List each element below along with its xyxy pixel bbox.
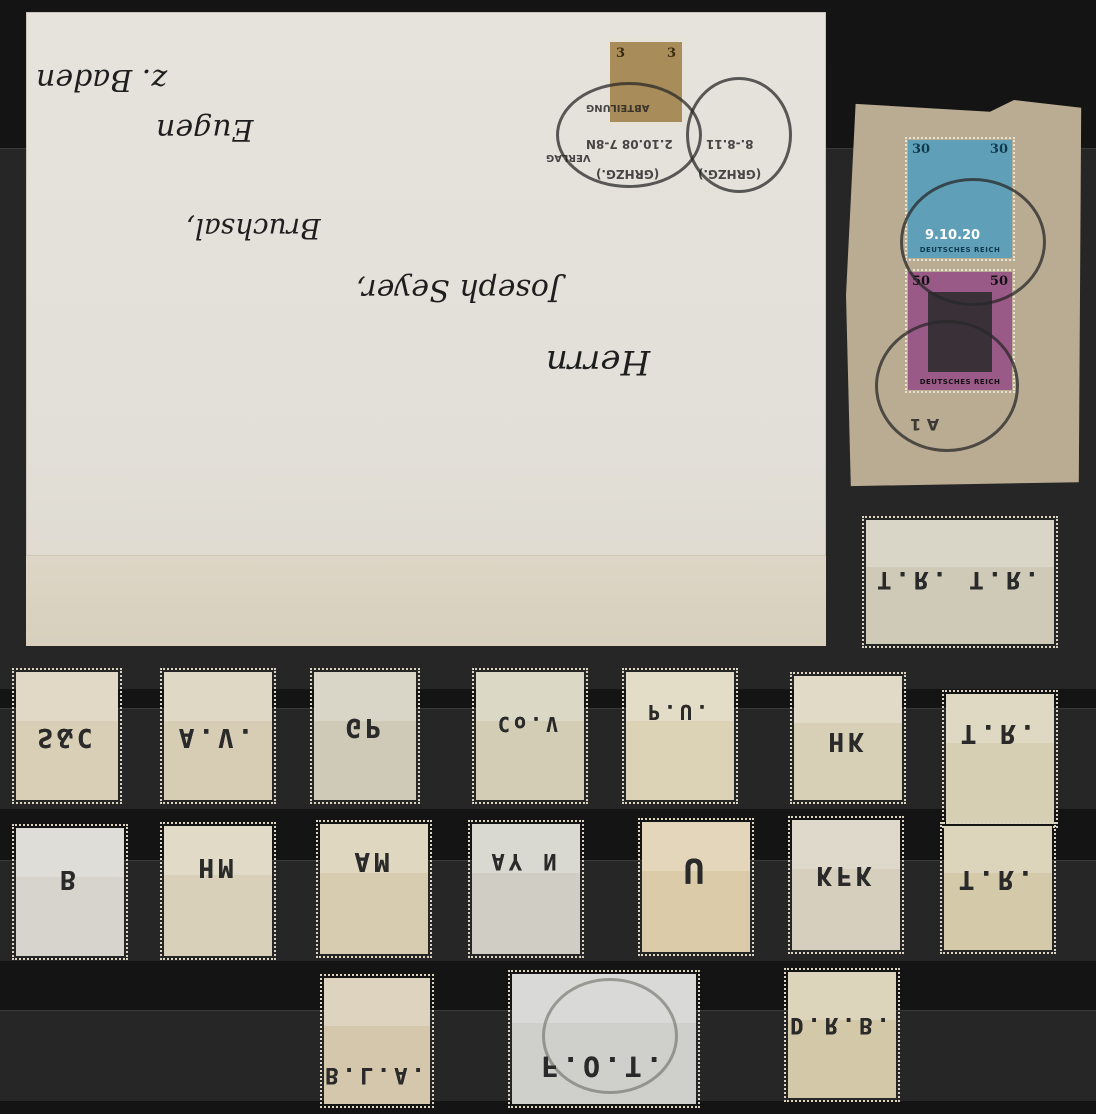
perfin-code: P.U. bbox=[626, 700, 734, 724]
perfin-stamp: T.R. bbox=[944, 826, 1052, 950]
postmark bbox=[875, 320, 1019, 452]
perfin-code: B.L.A. bbox=[324, 1062, 430, 1087]
address-line-1: Joseph Seyer, bbox=[356, 272, 561, 307]
perfin-code: AM bbox=[320, 846, 428, 876]
perfin-code: D.R.B. bbox=[788, 1012, 896, 1037]
postmark-date: 9.10.20 bbox=[925, 228, 980, 243]
postmark-date: 2.10.08 7-8N bbox=[586, 137, 673, 151]
perfin-code: KFK bbox=[792, 860, 900, 890]
postmark-code: A 1 bbox=[910, 415, 939, 434]
perfin-code: T.R. bbox=[946, 718, 1054, 748]
perfin-code: GP bbox=[314, 712, 416, 742]
perfin-code: AY N bbox=[472, 848, 580, 873]
perfin-stamp: D.R.B. bbox=[788, 972, 896, 1098]
sender-line-0: Eugen bbox=[156, 112, 254, 147]
envelope-flap bbox=[26, 555, 826, 646]
stamp-value: 30 bbox=[912, 142, 930, 157]
address-line-0: Herrn bbox=[546, 342, 650, 382]
inscription-line: ABTEILUNG bbox=[586, 102, 649, 113]
sender-line-1: z. Baden bbox=[36, 62, 167, 97]
perfin-stamp: KFK bbox=[792, 820, 900, 950]
hinge bbox=[794, 676, 902, 723]
perfin-stamp: P.U. bbox=[626, 672, 734, 800]
perfin-code: Co.V bbox=[476, 712, 584, 736]
perfin-stamp: Co.V bbox=[476, 672, 584, 800]
perfin-code: HK bbox=[794, 726, 902, 756]
stamp-value: 30 bbox=[990, 142, 1008, 157]
perfin-stamp: AM bbox=[320, 824, 428, 954]
stamp-value: 3 bbox=[616, 46, 625, 61]
perfin-stamp: T.R. T.R. bbox=[866, 520, 1054, 644]
perfin-stamp: A.V. bbox=[164, 672, 272, 800]
perfin-stamp: S&C bbox=[16, 672, 118, 800]
perfin-stamp: B.L.A. bbox=[324, 978, 430, 1104]
perfin-code: T.R. bbox=[944, 864, 1052, 894]
perfin-code: HM bbox=[164, 852, 272, 882]
stamp-value: 3 bbox=[667, 46, 676, 61]
perfin-stamp: GP bbox=[314, 672, 416, 800]
hinge bbox=[866, 520, 1054, 567]
hinge bbox=[324, 978, 430, 1026]
inscription-line: VERLAG bbox=[546, 152, 591, 163]
hinge bbox=[16, 672, 118, 721]
postmark-date: 8.-8.11 bbox=[706, 137, 754, 151]
perfin-stamp: T.R. bbox=[946, 694, 1054, 824]
perfin-stamp: U bbox=[642, 822, 750, 952]
perfin-stamp: B bbox=[16, 828, 124, 956]
perfin-stamp: AY N bbox=[472, 824, 580, 954]
perfin-code: A.V. bbox=[164, 722, 272, 752]
perfin-stamp: HM bbox=[164, 826, 272, 956]
address-line-2: Bruchsal, bbox=[186, 212, 321, 245]
postmark-text: (GRHZG.) bbox=[698, 167, 761, 181]
perfin-code: S&C bbox=[16, 722, 118, 752]
perfin-code: T.R. T.R. bbox=[866, 566, 1054, 594]
perfin-code: B bbox=[16, 864, 124, 894]
postmark-text: (GRHZG.) bbox=[596, 167, 659, 181]
hinge bbox=[164, 672, 272, 721]
perfin-code: U bbox=[642, 850, 750, 890]
perfin-code: F.O.T. bbox=[512, 1050, 696, 1083]
perfin-stamp: HK bbox=[794, 676, 902, 800]
envelope: z. Baden Eugen Herrn Joseph Seyer, Bruch… bbox=[26, 12, 826, 646]
perfin-stamp: F.O.T. bbox=[512, 974, 696, 1104]
